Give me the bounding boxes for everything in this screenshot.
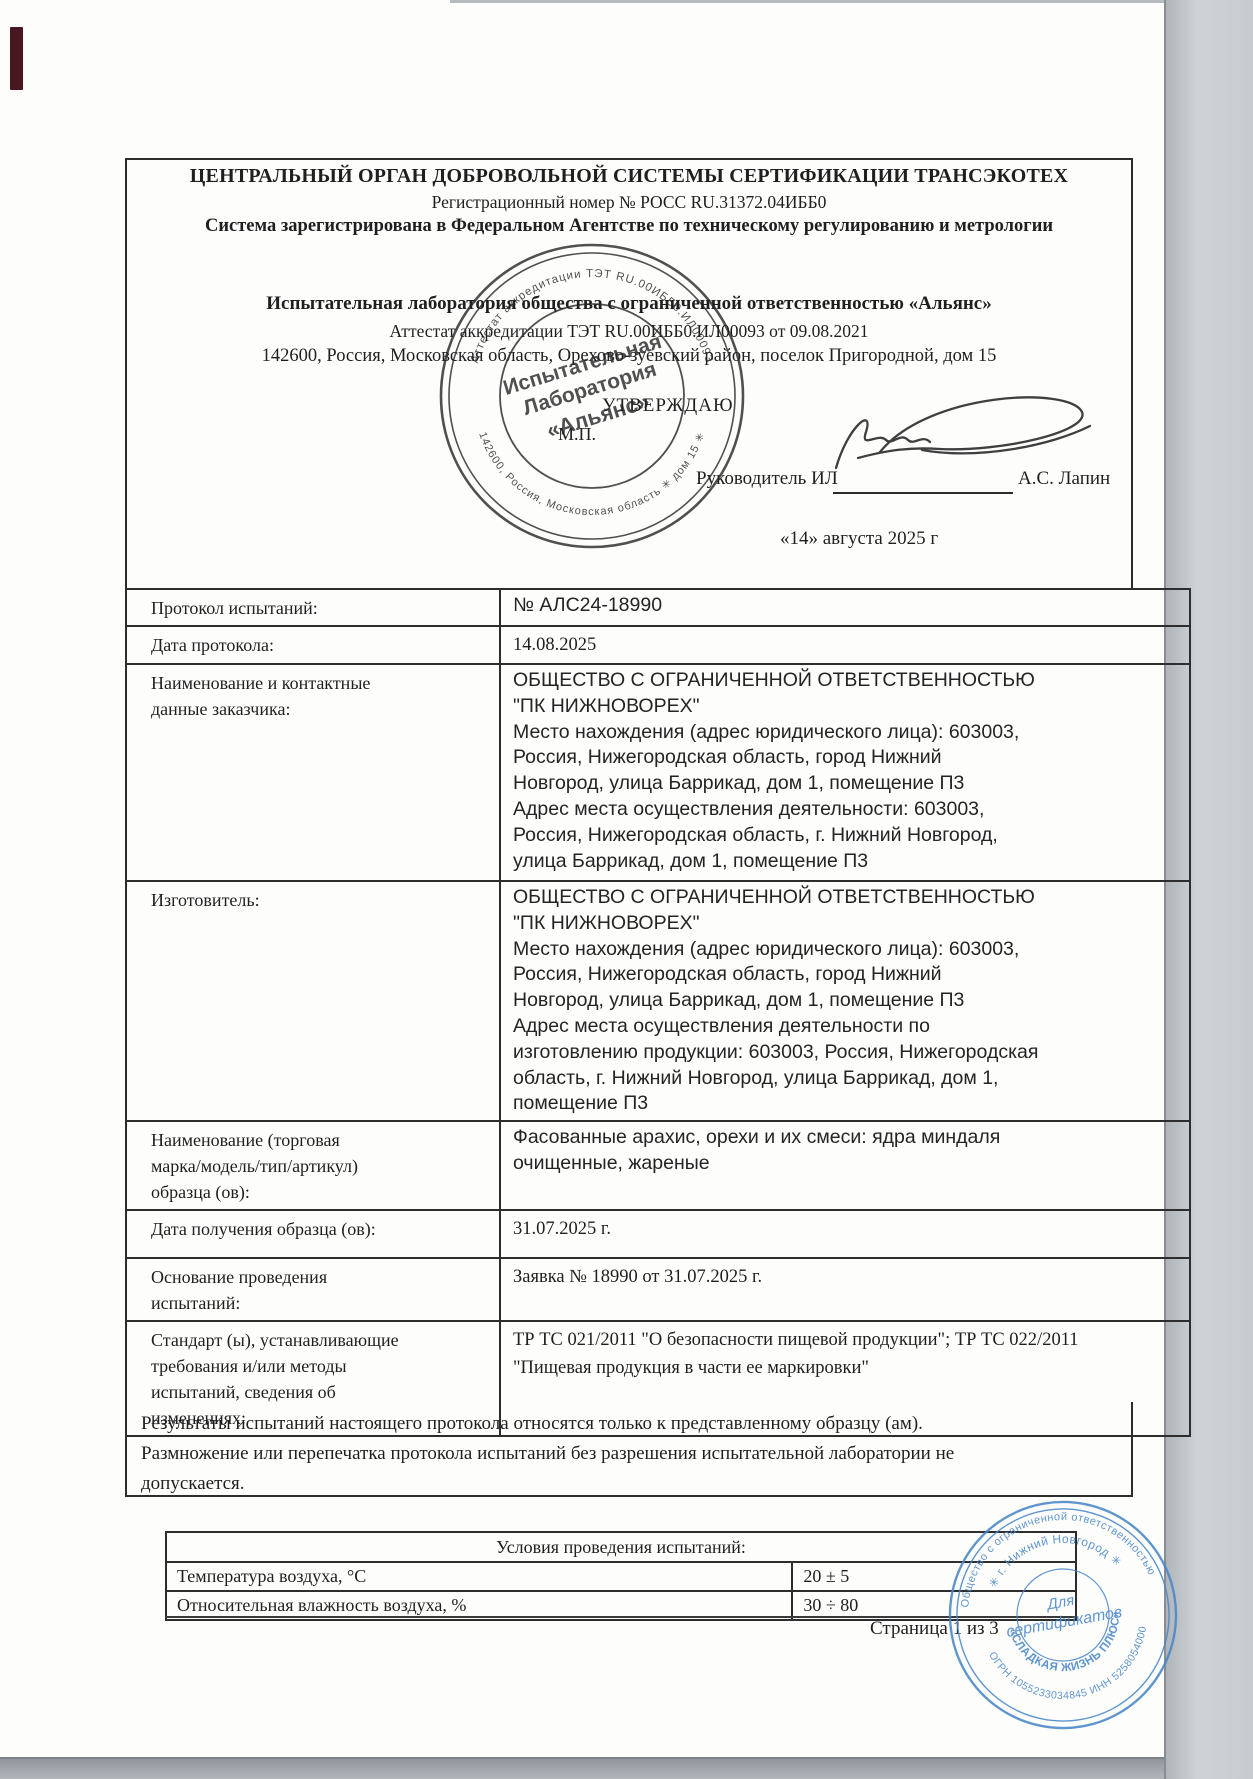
disclaimer-box: Результаты испытаний настоящего протокол…	[125, 1402, 1133, 1497]
row-value: Фасованные арахис, орехи и их смеси: ядр…	[500, 1121, 1190, 1210]
lab-stamp-arc-bottom: 142600, Россия, Московская область ✳ дом…	[476, 430, 708, 518]
cert-system-title: ЦЕНТРАЛЬНЫЙ ОРГАН ДОБРОВОЛЬНОЙ СИСТЕМЫ С…	[133, 165, 1125, 188]
row-value: ОБЩЕСТВО С ОГРАНИЧЕННОЙ ОТВЕТСТВЕННОСТЬЮ…	[500, 664, 1190, 881]
row-label: Дата протокола:	[126, 626, 500, 664]
scan-corner-mark	[10, 27, 23, 90]
table-row: Наименование (торговая марка/модель/тип/…	[126, 1121, 1190, 1210]
blue-cert-stamp-icon: Общество с ограниченной ответственностью…	[923, 1475, 1203, 1755]
table-row: Изготовитель:ОБЩЕСТВО С ОГРАНИЧЕННОЙ ОТВ…	[126, 881, 1190, 1121]
scan-edge-bottom	[0, 1757, 1164, 1779]
row-label: Изготовитель:	[126, 881, 500, 1121]
row-value: 14.08.2025	[500, 626, 1190, 664]
row-label: Наименование и контактные данные заказчи…	[126, 664, 500, 881]
row-value: Заявка № 18990 от 31.07.2025 г.	[500, 1258, 1190, 1321]
row-label: Протокол испытаний:	[126, 589, 500, 626]
main-table: Протокол испытаний:№ АЛС24-18990Дата про…	[125, 588, 1191, 1437]
registration-number: Регистрационный номер № РОСС RU.31372.04…	[127, 192, 1131, 213]
cert-stamp-center-1: Для	[1044, 1592, 1076, 1614]
row-label: Основание проведения испытаний:	[126, 1258, 500, 1321]
signature-line	[833, 492, 1013, 494]
row-value: 31.07.2025 г.	[500, 1210, 1190, 1258]
table-row: Дата получения образца (ов):31.07.2025 г…	[126, 1210, 1190, 1258]
table-row: Дата протокола:14.08.2025	[126, 626, 1190, 664]
approval-date: «14» августа 2025 г	[780, 528, 938, 550]
row-value: № АЛС24-18990	[500, 589, 1190, 626]
table-row: Основание проведения испытаний:Заявка № …	[126, 1258, 1190, 1321]
scanned-protocol-page: ЦЕНТРАЛЬНЫЙ ОРГАН ДОБРОВОЛЬНОЙ СИСТЕМЫ С…	[0, 0, 1253, 1779]
signature	[818, 386, 1118, 491]
row-value: ОБЩЕСТВО С ОГРАНИЧЕННОЙ ОТВЕТСТВЕННОСТЬЮ…	[500, 881, 1190, 1121]
lab-round-stamp-icon: Аттестат аккредитации ТЭТ RU.00ИББ0.ИЛ00…	[436, 240, 748, 552]
row-label: Дата получения образца (ов):	[126, 1210, 500, 1258]
scan-edge-top	[450, 0, 1164, 3]
table-row: Наименование и контактные данные заказчи…	[126, 664, 1190, 881]
table-row: Протокол испытаний:№ АЛС24-18990	[126, 589, 1190, 626]
condition-label: Температура воздуха, °С	[166, 1562, 792, 1591]
system-registered-line: Система зарегистрирована в Федеральном А…	[127, 216, 1131, 237]
svg-text:142600, Россия, Московская обл: 142600, Россия, Московская область ✳ дом…	[476, 430, 708, 518]
row-label: Наименование (торговая марка/модель/тип/…	[126, 1121, 500, 1210]
